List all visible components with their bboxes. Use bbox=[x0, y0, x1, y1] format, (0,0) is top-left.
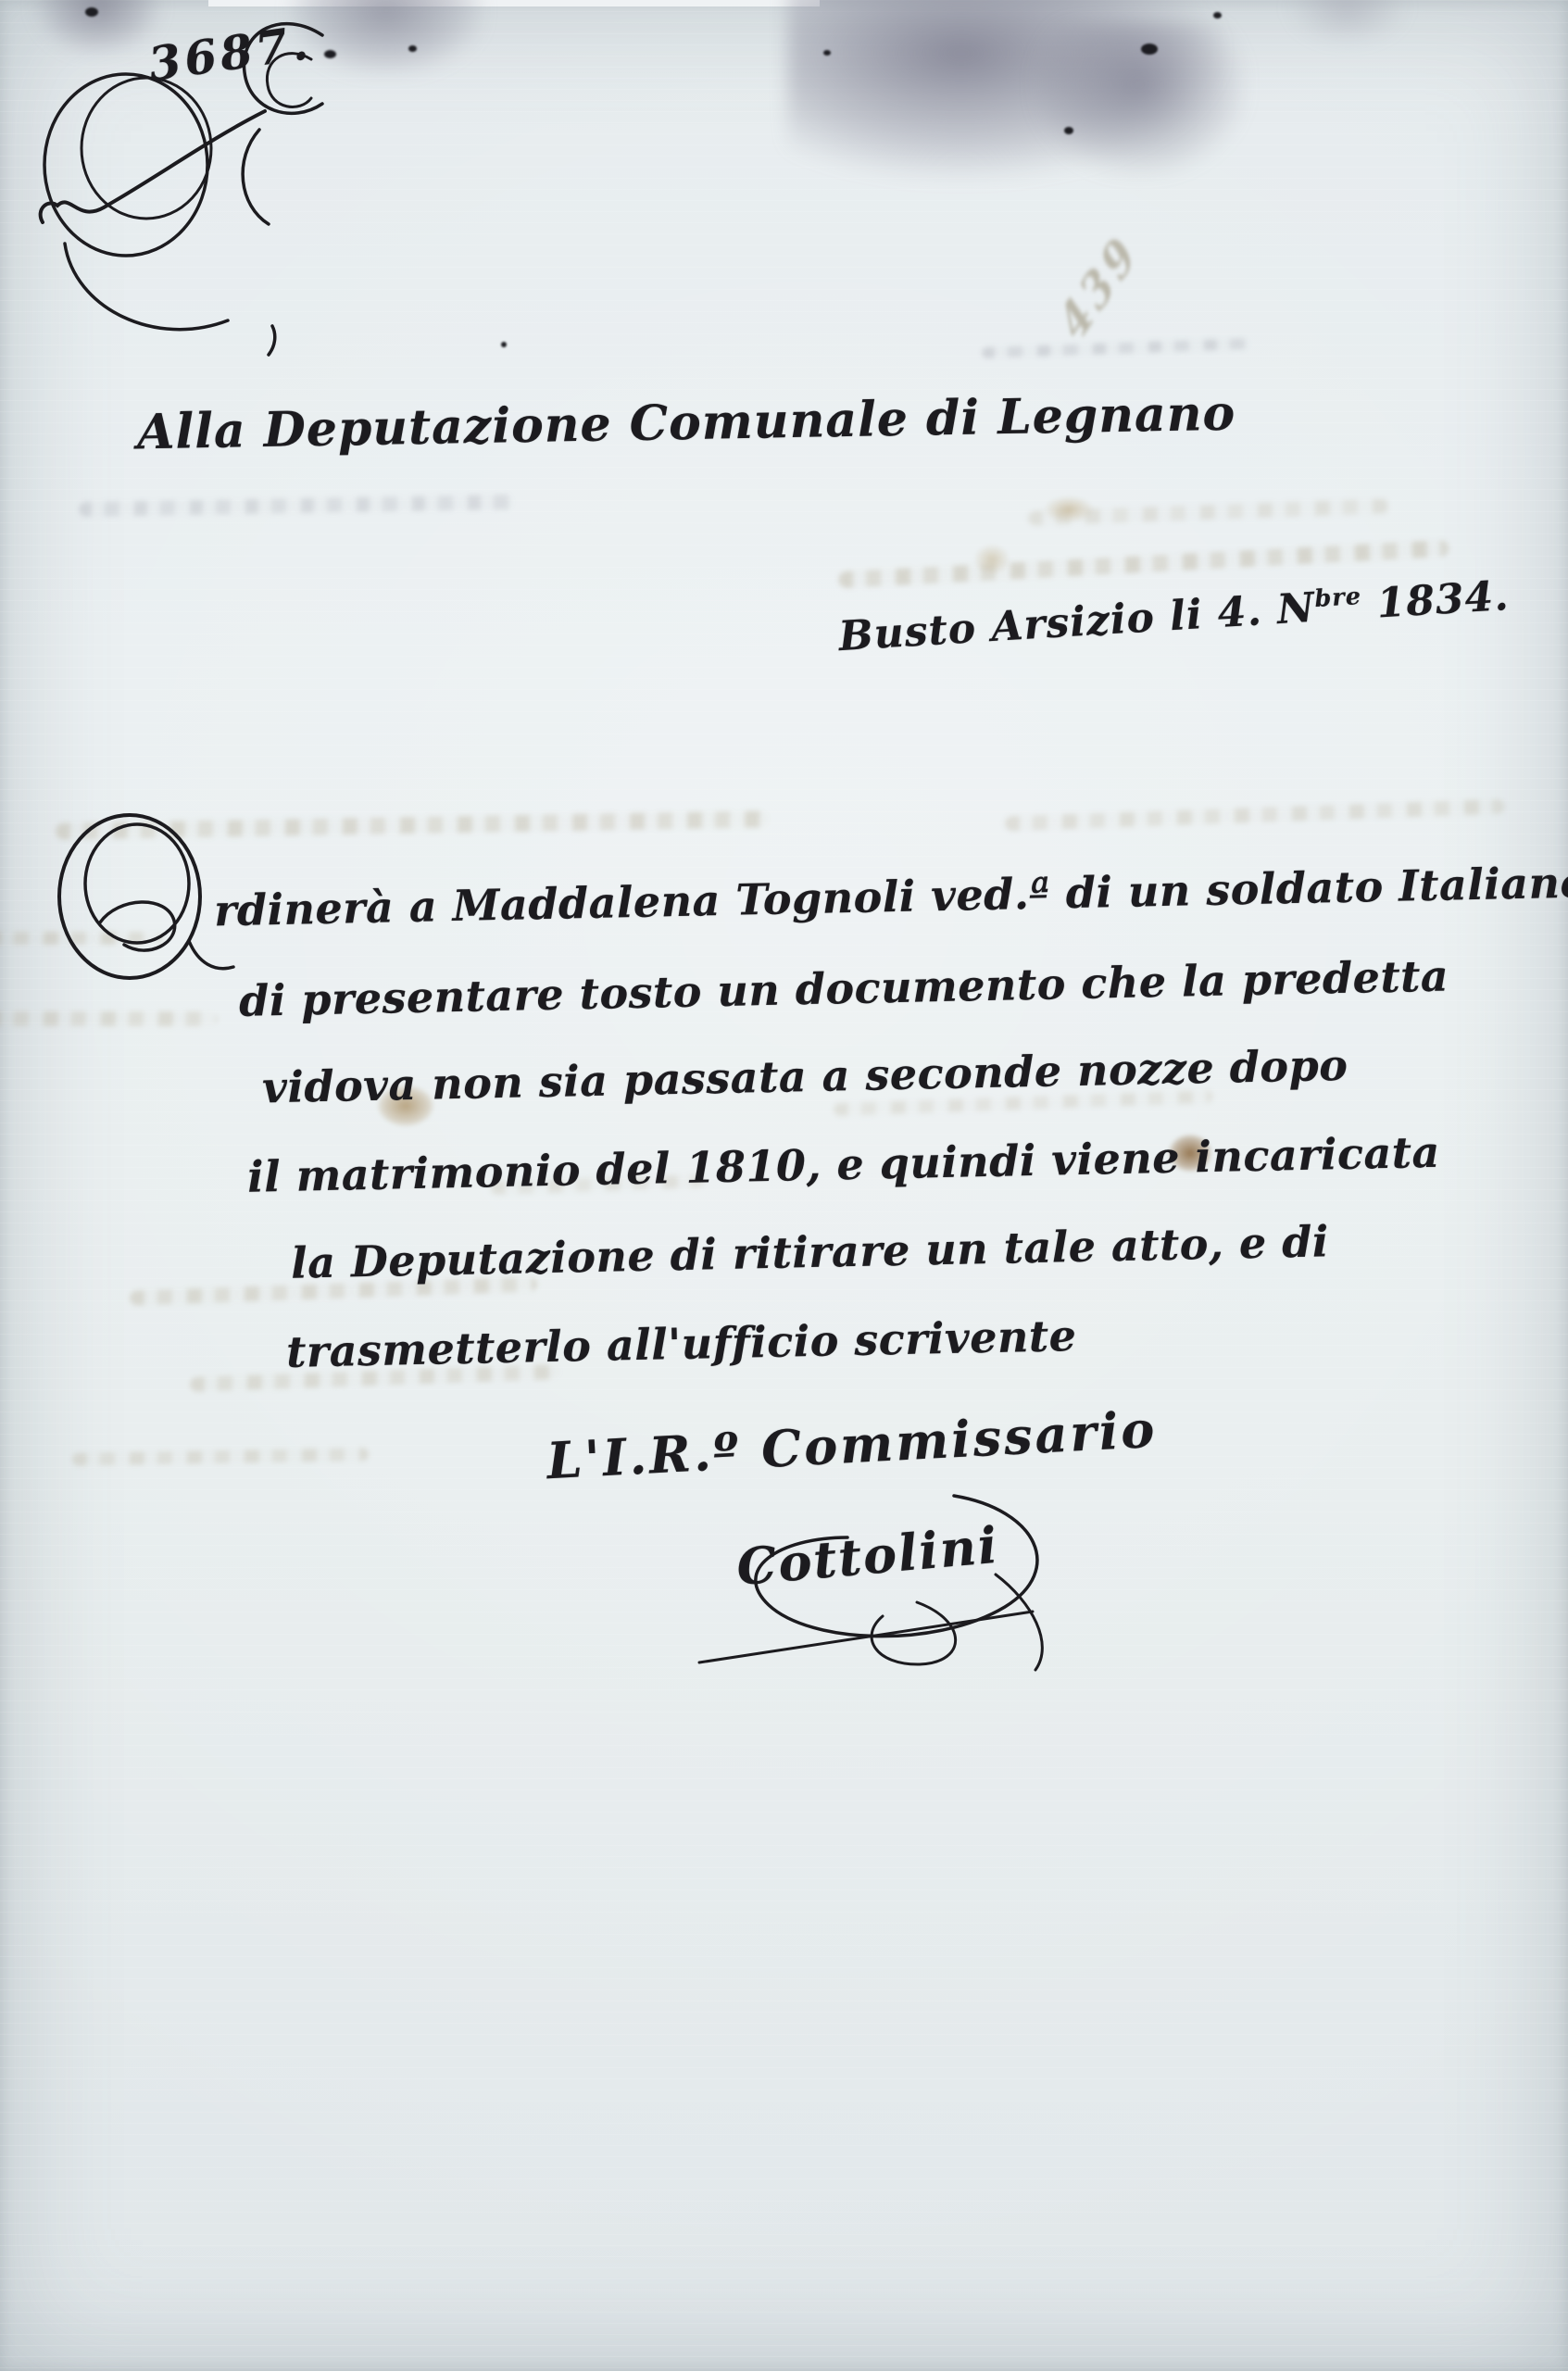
document-page: 439 3687. Alla Deputazione Comunale di L… bbox=[0, 0, 1568, 2371]
ink-smudge-top-right-lobe bbox=[1033, 23, 1246, 176]
ink-smudge-top-right bbox=[787, 0, 1223, 181]
recipient-line: Alla Deputazione Comunale di Legnano bbox=[137, 385, 1236, 461]
ink-speck bbox=[1064, 127, 1073, 134]
bleedthrough-mark bbox=[1005, 799, 1505, 832]
ink-speck bbox=[1213, 12, 1222, 19]
dateline-place-day: Busto Arsizio li 4. N bbox=[837, 584, 1316, 660]
body-line: la Deputazione di ritirare un tale atto,… bbox=[291, 1216, 1330, 1287]
ink-smudge-top-faint bbox=[1287, 0, 1408, 44]
ink-speck bbox=[501, 342, 507, 347]
stain-spot bbox=[1045, 496, 1093, 522]
bleedthrough-mark bbox=[72, 1448, 369, 1466]
body-line: di presentare tosto un documento che la … bbox=[239, 951, 1449, 1026]
bleedthrough-number: 439 bbox=[1049, 223, 1149, 350]
ink-speck bbox=[408, 45, 417, 52]
dateline-month-superscript: bre bbox=[1314, 583, 1362, 613]
body-line: rdinerà a Maddalena Tognoli ved.ª di un … bbox=[214, 857, 1568, 935]
body-line: vidova non sia passata a seconde nozze d… bbox=[262, 1040, 1348, 1113]
bleedthrough-mark bbox=[982, 338, 1250, 358]
dateline: Busto Arsizio li 4. Nbre 1834. bbox=[837, 572, 1511, 660]
body-line: trasmetterlo all'ufficio scrivente bbox=[286, 1311, 1077, 1377]
ink-speck bbox=[1141, 44, 1158, 55]
stain-spot bbox=[974, 545, 1010, 574]
dateline-year: 1834. bbox=[1361, 572, 1511, 629]
bleedthrough-mark bbox=[79, 495, 514, 517]
scan-edge-highlight bbox=[208, 0, 820, 6]
body-line: il matrimonio del 1810, e quindi viene i… bbox=[247, 1127, 1441, 1202]
bleedthrough-mark bbox=[1028, 498, 1389, 526]
letter-body: rdinerà a Maddalena Tognoli ved.ª di un … bbox=[56, 830, 1568, 1417]
ink-speck bbox=[823, 50, 831, 56]
